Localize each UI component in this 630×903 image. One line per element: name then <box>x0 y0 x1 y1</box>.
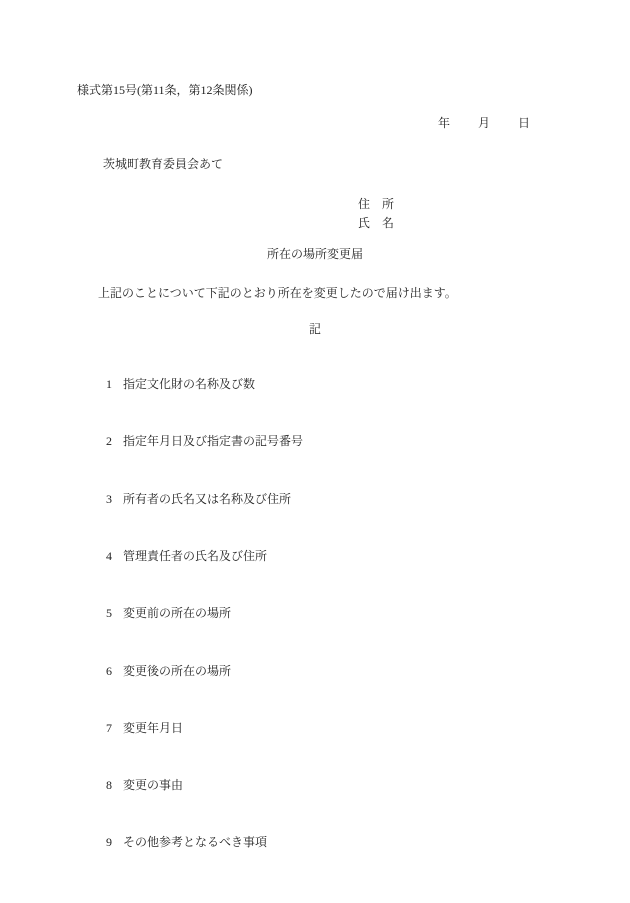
list-item: 8変更の事由 <box>88 757 303 814</box>
record-heading: 記 <box>0 322 630 336</box>
item-number: 3 <box>106 490 123 509</box>
list-item: 6変更後の所在の場所 <box>88 642 303 699</box>
list-item: 9その他参考となるべき事項 <box>88 814 303 871</box>
date-line: 年 月 日 <box>438 116 530 130</box>
body-text: 上記のことについて下記のとおり所在を変更したので届け出ます。 <box>98 286 457 300</box>
item-text: 変更年月日 <box>123 721 183 735</box>
document-title: 所在の場所変更届 <box>0 247 630 261</box>
item-text: 変更後の所在の場所 <box>123 664 231 678</box>
address-label: 住 所 <box>358 197 394 211</box>
item-number: 7 <box>106 719 123 738</box>
list-item: 2指定年月日及び指定書の記号番号 <box>88 413 303 470</box>
list-item: 7変更年月日 <box>88 700 303 757</box>
item-list: 1指定文化財の名称及び数 2指定年月日及び指定書の記号番号 3所有者の氏名又は名… <box>88 356 303 872</box>
name-label: 氏 名 <box>358 216 394 230</box>
addressee: 茨城町教育委員会あて <box>103 157 223 171</box>
item-text: 変更の事由 <box>123 778 183 792</box>
item-number: 1 <box>106 375 123 394</box>
item-number: 6 <box>106 662 123 681</box>
item-text: その他参考となるべき事項 <box>123 835 267 849</box>
date-month-label: 月 <box>478 116 490 130</box>
item-text: 指定文化財の名称及び数 <box>123 377 255 391</box>
form-number: 様式第15号(第11条，第12条関係) <box>77 83 253 97</box>
document-page: 様式第15号(第11条，第12条関係) 年 月 日 茨城町教育委員会あて 住 所… <box>0 0 630 903</box>
item-number: 8 <box>106 776 123 795</box>
item-number: 4 <box>106 547 123 566</box>
date-year-label: 年 <box>438 116 450 130</box>
date-day-label: 日 <box>518 116 530 130</box>
item-number: 9 <box>106 833 123 852</box>
list-item: 4管理責任者の氏名及び住所 <box>88 528 303 585</box>
item-number: 2 <box>106 432 123 451</box>
list-item: 5変更前の所在の場所 <box>88 585 303 642</box>
item-number: 5 <box>106 604 123 623</box>
item-text: 変更前の所在の場所 <box>123 606 231 620</box>
item-text: 指定年月日及び指定書の記号番号 <box>123 434 303 448</box>
item-text: 所有者の氏名又は名称及び住所 <box>123 492 291 506</box>
list-item: 1指定文化財の名称及び数 <box>88 356 303 413</box>
list-item: 3所有者の氏名又は名称及び住所 <box>88 471 303 528</box>
item-text: 管理責任者の氏名及び住所 <box>123 549 267 563</box>
